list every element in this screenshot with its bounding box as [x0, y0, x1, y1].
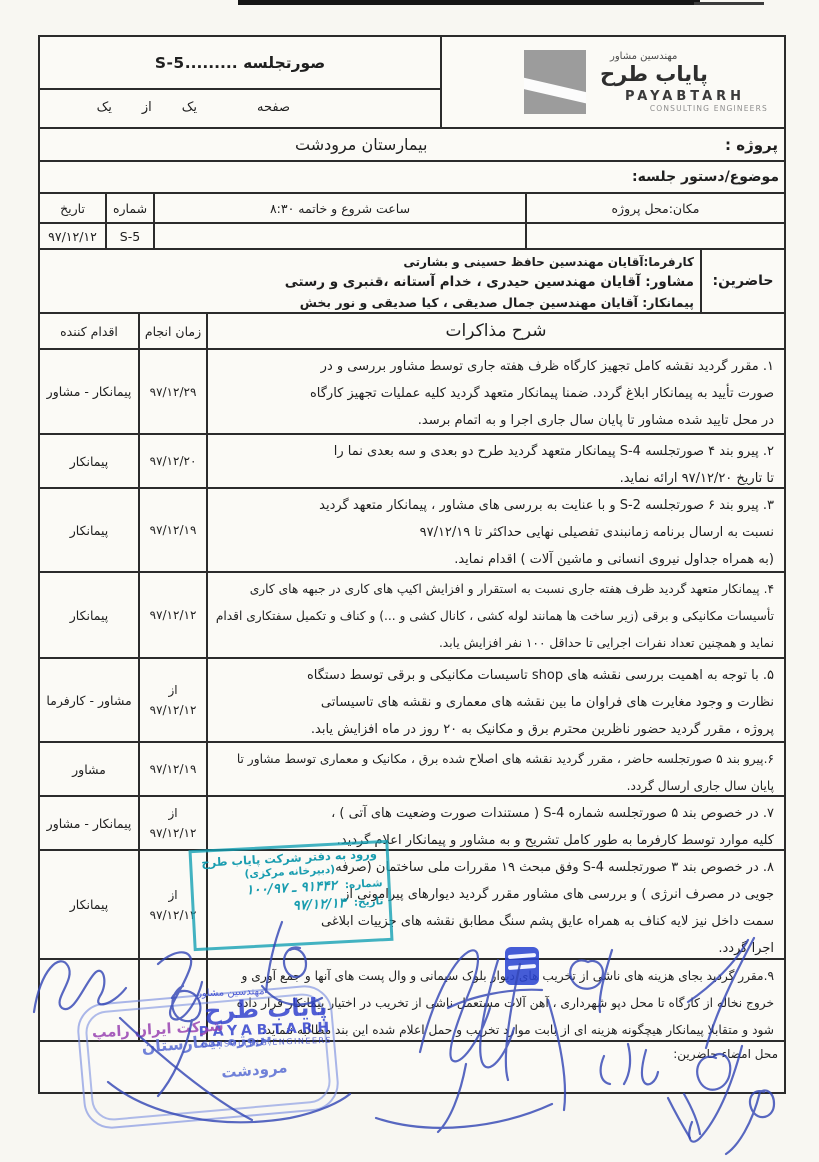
subject-label: موضوع/دستور جلسه: — [632, 169, 779, 185]
column-time-header: زمان انجام — [138, 314, 208, 348]
meeting-info-value-row: S-5 ۹۷/۱۲/۱۲ — [40, 222, 784, 248]
page-label: صفحه — [257, 100, 290, 115]
minutes-description-cell: ۵. با توجه به اهمیت بررسی نقشه های shop … — [208, 659, 784, 741]
minutes-actor-cell: پیمانکار — [40, 435, 138, 487]
minutes-description-cell: ۱. مقرر گردید نقشه کامل تجهیز کارگاه ظرف… — [208, 350, 784, 433]
scanned-meeting-minutes-page: مهندسین مشاور پایاب طرح PAYABTARH CONSUL… — [0, 0, 819, 1162]
company-logo-icon — [524, 50, 586, 114]
signature-scribble — [668, 1094, 700, 1138]
minutes-description-cell: ۷. در خصوص بند ۵ صورتجلسه شماره S-4 ( مس… — [208, 797, 784, 849]
attendees-consultant: مشاور: آقایان مهندسین حیدری ، خدام آستان… — [40, 274, 694, 290]
minutes-time-cell: ۹۷/۱۲/۱۹ — [138, 489, 208, 571]
company-logo-cell: مهندسین مشاور پایاب طرح PAYABTARH CONSUL… — [440, 37, 784, 127]
minutes-time-cell: ۹۷/۱۲/۲۹ — [138, 350, 208, 433]
minutes-time-cell: ۹۷/۱۲/۱۹ — [138, 743, 208, 795]
stamp-date-value: ۹۷/۱۲/۱۳ — [292, 895, 346, 914]
meeting-info-header-row: مکان:محل پروژه ساعت شروع و خاتمه ۸:۳۰ شم… — [40, 192, 784, 222]
minutes-actor-cell: مشاور — [40, 743, 138, 795]
number-label: شماره — [107, 194, 155, 222]
project-label: پروژه : — [725, 136, 778, 154]
document-header: مهندسین مشاور پایاب طرح PAYABTARH CONSUL… — [40, 37, 784, 127]
minutes-time-cell: از ۹۷/۱۲/۱۲ — [138, 797, 208, 849]
page-current: یک — [182, 100, 197, 115]
minutes-row: ۸. در خصوص بند ۳ صورتجلسه S-4 وفق مبحث ۱… — [40, 849, 784, 958]
minutes-row: ۶.پیرو بند ۵ صورتجلسه حاضر ، مقرر گردید … — [40, 741, 784, 795]
subject-row: موضوع/دستور جلسه: — [40, 160, 784, 192]
title-column: صورتجلسه .........S-5 صفحه یک از یک — [40, 37, 440, 127]
project-name: بیمارستان مرودشت — [295, 135, 427, 154]
time-label: ساعت شروع و خاتمه ۸:۳۰ — [155, 194, 527, 222]
document-sheet: مهندسین مشاور پایاب طرح PAYABTARH CONSUL… — [38, 35, 786, 1094]
minutes-actor-cell: پیمانکار - مشاور — [40, 797, 138, 849]
location-label: مکان:محل پروژه — [527, 194, 784, 222]
company-logo-text: مهندسین مشاور پایاب طرح PAYABTARH CONSUL… — [596, 51, 774, 112]
minutes-row: ۴. پیمانکار متعهد گردید ظرف هفته جاری نس… — [40, 571, 784, 657]
page-number-row: صفحه یک از یک — [40, 90, 440, 125]
date-value: ۹۷/۱۲/۱۲ — [40, 224, 107, 248]
minutes-actor-cell: پیمانکار — [40, 851, 138, 958]
minutes-row: ۱. مقرر گردید نقشه کامل تجهیز کارگاه ظرف… — [40, 348, 784, 433]
stamp-number-label: شماره: — [344, 877, 382, 891]
page-of: از — [142, 100, 152, 115]
time-value — [155, 224, 527, 248]
page-total: یک — [97, 100, 112, 115]
minutes-row: ۳. پیرو بند ۶ صورتجلسه S-2 و با عنایت به… — [40, 487, 784, 571]
minutes-table-header: شرح مذاکرات زمان انجام اقدام کننده — [40, 312, 784, 348]
minutes-row: ۵. با توجه به اهمیت بررسی نقشه های shop … — [40, 657, 784, 741]
minutes-time-cell: ۹۷/۱۲/۲۰ — [138, 435, 208, 487]
date-label: تاریخ — [40, 194, 107, 222]
office-entry-stamp: ورود به دفتر شرکت پایاب طرح (دبیرخانه مر… — [188, 840, 393, 951]
minutes-time-cell: از ۹۷/۱۲/۱۲ — [138, 659, 208, 741]
stamp-number-value: ۹۱۴۴۲ ـ ۱۰۰/۹۷ — [246, 878, 338, 899]
minutes-description-cell: ۲. پیرو بند ۴ صورتجلسه S-4 پیمانکار متعه… — [208, 435, 784, 487]
minutes-actor-cell: پیمانکار — [40, 573, 138, 657]
column-description-header: شرح مذاکرات — [208, 314, 784, 348]
attendees-list: کارفرما:آقایان مهندسین حافظ حسینی و بشار… — [40, 250, 700, 312]
minutes-actor-cell: مشاور - کارفرما — [40, 659, 138, 741]
column-actor-header: اقدام کننده — [40, 314, 138, 348]
document-title: صورتجلسه .........S-5 — [40, 37, 440, 90]
attendees-section: حاضرین: کارفرما:آقایان مهندسین حافظ حسین… — [40, 248, 784, 312]
attendees-contractor: پیمانکار: آقایان مهندسین جمال صدیقی ، کی… — [40, 295, 694, 310]
blue-emblem-stamp-icon — [505, 947, 539, 985]
number-value: S-5 — [107, 224, 155, 248]
scan-artifact-streak — [238, 0, 700, 5]
logo-en-tagline: CONSULTING ENGINEERS — [596, 104, 774, 113]
minutes-row: ۷. در خصوص بند ۵ صورتجلسه شماره S-4 ( مس… — [40, 795, 784, 849]
signatures-label: محل امضاء حاضرین: — [673, 1047, 778, 1061]
minutes-actor-cell: پیمانکار — [40, 489, 138, 571]
minutes-time-cell: ۹۷/۱۲/۱۲ — [138, 573, 208, 657]
scan-artifact-streak — [694, 2, 764, 5]
minutes-description-cell: ۴. پیمانکار متعهد گردید ظرف هفته جاری نس… — [208, 573, 784, 657]
minutes-row: ۲. پیرو بند ۴ صورتجلسه S-4 پیمانکار متعه… — [40, 433, 784, 487]
minutes-actor-cell: پیمانکار - مشاور — [40, 350, 138, 433]
logo-fa-tagline: مهندسین مشاور — [596, 51, 774, 62]
minutes-description-cell: ۶.پیرو بند ۵ صورتجلسه حاضر ، مقرر گردید … — [208, 743, 784, 795]
stamp-date-label: تاریخ: — [354, 895, 384, 909]
logo-en-name: PAYABTARH — [596, 89, 774, 104]
logo-fa-name: پایاب طرح — [596, 62, 774, 86]
project-row: پروژه : بیمارستان مرودشت — [40, 127, 784, 160]
minutes-description-cell: ۳. پیرو بند ۶ صورتجلسه S-2 و با عنایت به… — [208, 489, 784, 571]
attendees-client: کارفرما:آقایان مهندسین حافظ حسینی و بشار… — [40, 255, 694, 269]
location-value — [527, 224, 784, 248]
payabtarh-stamp: مهندسین مشاور پایاب طرح PAYABTARH CONSUL… — [177, 983, 355, 1050]
attendees-label: حاضرین: — [700, 250, 784, 312]
